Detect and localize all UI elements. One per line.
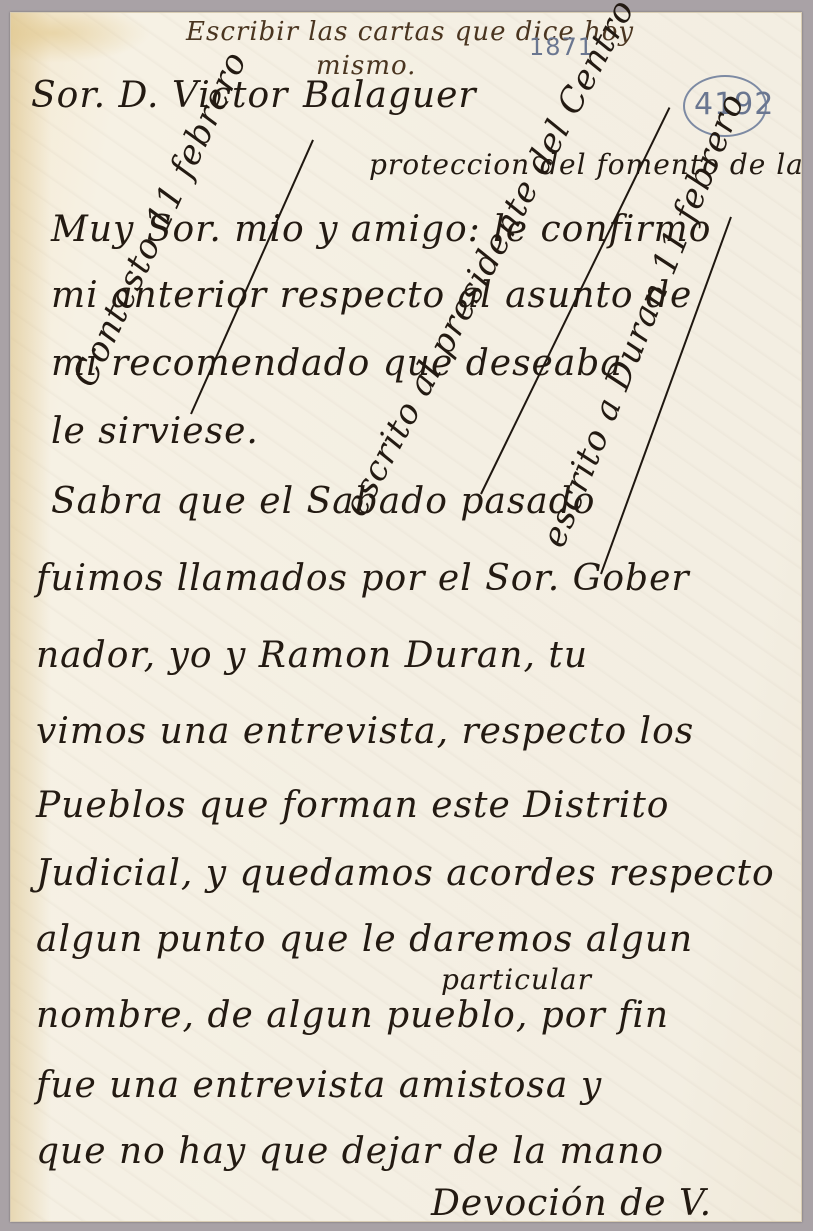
body-line: algun punto que le daremos algun: [36, 919, 693, 960]
closing: Devoción de V.: [431, 1183, 712, 1224]
paper-stain: [11, 13, 151, 63]
paper-stain: [11, 13, 51, 1221]
inserted-word: particular: [441, 963, 592, 996]
addressee-name: Balaguer: [303, 75, 477, 116]
letter-page: Escribir las cartas que dice hoy mismo. …: [10, 12, 802, 1222]
body-line: fuimos llamados por el Sor. Gober: [36, 558, 690, 599]
addressee-prefix: Sor. D. Victor: [31, 75, 288, 116]
marginal-annotation: proteccion del fomento de la industria: [369, 148, 813, 181]
body-line: Sabra que el Sabado pasado: [51, 481, 595, 522]
body-line: le sirviese.: [51, 411, 259, 452]
body-line: fue una entrevista amistosa y: [36, 1065, 602, 1106]
body-line: Pueblos que forman este Distrito: [36, 785, 669, 826]
body-line: vimos una entrevista, respecto los: [36, 711, 694, 752]
body-line: que no hay que dejar de la mano: [36, 1131, 664, 1172]
body-line: nombre, de algun pueblo, por fin: [36, 995, 669, 1036]
body-line: nador, yo y Ramon Duran, tu: [36, 635, 588, 676]
body-line: Judicial, y quedamos acordes respecto: [36, 853, 775, 894]
